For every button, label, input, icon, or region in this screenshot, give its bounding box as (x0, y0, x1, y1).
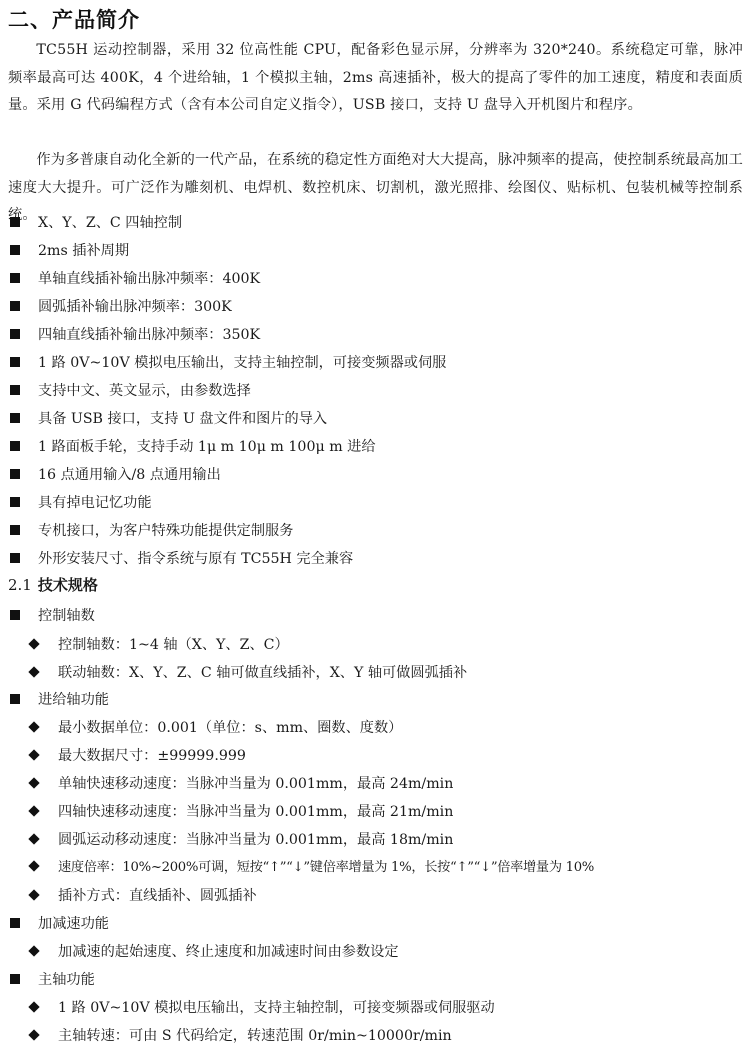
square-bullet-icon (10, 385, 20, 395)
square-bullet-icon (10, 469, 20, 479)
feature-text: 16 点通用输入/8 点通用输出 (38, 467, 221, 483)
spec-text: 联动轴数：X、Y、Z、C 轴可做直线插补，X、Y 轴可做圆弧插补 (58, 665, 467, 681)
square-bullet-icon (10, 273, 20, 283)
diamond-bullet-icon (28, 638, 39, 649)
feature-item: 16 点通用输入/8 点通用输出 (10, 461, 221, 489)
feature-item: 专机接口，为客户特殊功能提供定制服务 (10, 517, 293, 545)
spec-text: 插补方式：直线插补、圆弧插补 (58, 888, 257, 904)
feature-text: 1 路面板手轮，支持手动 1μ m 10μ m 100μ m 进给 (38, 439, 376, 455)
feature-text: 具有掉电记忆功能 (38, 495, 152, 511)
spec-group-title: 主轴功能 (10, 966, 95, 994)
feature-item: 1 路 0V~10V 模拟电压输出，支持主轴控制，可接变频器或伺服 (10, 349, 446, 377)
square-bullet-icon (10, 301, 20, 311)
feature-item: 具备 USB 接口，支持 U 盘文件和图片的导入 (10, 405, 327, 433)
square-bullet-icon (10, 610, 20, 620)
feature-text: 四轴直线插补输出脉冲频率：350K (38, 327, 260, 343)
spec-item: 最大数据尺寸：±99999.999 (28, 742, 246, 770)
feature-text: X、Y、Z、C 四轴控制 (38, 215, 182, 231)
spec-item: 圆弧运动移动速度：当脉冲当量为 0.001mm，最高 18m/min (28, 826, 453, 854)
spec-item: 单轴快速移动速度：当脉冲当量为 0.001mm，最高 24m/min (28, 770, 453, 798)
feature-item: 圆弧插补输出脉冲频率：300K (10, 293, 232, 321)
feature-item: 2ms 插补周期 (10, 237, 129, 265)
square-bullet-icon (10, 357, 20, 367)
intro-paragraph-1: TC55H 运动控制器，采用 32 位高性能 CPU，配备彩色显示屏，分辨率为 … (8, 37, 743, 120)
spec-text: 四轴快速移动速度：当脉冲当量为 0.001mm，最高 21m/min (58, 804, 453, 820)
feature-text: 支持中文、英文显示，由参数选择 (38, 383, 251, 399)
feature-item: X、Y、Z、C 四轴控制 (10, 209, 182, 237)
feature-text: 具备 USB 接口，支持 U 盘文件和图片的导入 (38, 411, 327, 427)
diamond-bullet-icon (28, 945, 39, 956)
spec-text: 速度倍率：10%~200%可调，短按“↑”“↓”键倍率增量为 1%，长按“↑”“… (58, 860, 594, 875)
square-bullet-icon (10, 245, 20, 255)
square-bullet-icon (10, 918, 20, 928)
spec-item: 1 路 0V~10V 模拟电压输出，支持主轴控制，可接变频器或伺服驱动 (28, 994, 495, 1022)
spec-group-title: 加减速功能 (10, 910, 109, 938)
square-bullet-icon (10, 441, 20, 451)
diamond-bullet-icon (28, 833, 39, 844)
spec-item: 速度倍率：10%~200%可调，短按“↑”“↓”键倍率增量为 1%，长按“↑”“… (28, 854, 594, 882)
spec-text: 控制轴数：1~4 轴（X、Y、Z、C） (58, 637, 289, 653)
group-title-text: 主轴功能 (38, 972, 95, 988)
spec-text: 最小数据单位：0.001（单位：s、mm、圈数、度数） (58, 720, 402, 736)
spec-item: 加减速的起始速度、终止速度和加减速时间由参数设定 (28, 938, 399, 966)
group-title-text: 进给轴功能 (38, 692, 109, 708)
group-title-text: 加减速功能 (38, 916, 109, 932)
square-bullet-icon (10, 553, 20, 563)
diamond-bullet-icon (28, 1001, 39, 1012)
square-bullet-icon (10, 329, 20, 339)
spec-item: 插补方式：直线插补、圆弧插补 (28, 882, 257, 910)
spec-text: 单轴快速移动速度：当脉冲当量为 0.001mm，最高 24m/min (58, 776, 453, 792)
square-bullet-icon (10, 413, 20, 423)
square-bullet-icon (10, 217, 20, 227)
feature-item: 外形安装尺寸、指令系统与原有 TC55H 完全兼容 (10, 545, 353, 573)
subsection-number: 2.1 (8, 576, 32, 594)
diamond-bullet-icon (28, 805, 39, 816)
feature-text: 单轴直线插补输出脉冲频率：400K (38, 271, 260, 287)
feature-item: 单轴直线插补输出脉冲频率：400K (10, 265, 260, 293)
square-bullet-icon (10, 525, 20, 535)
spec-group-title: 控制轴数 (10, 602, 95, 630)
spec-text: 圆弧运动移动速度：当脉冲当量为 0.001mm，最高 18m/min (58, 832, 453, 848)
spec-item: 控制轴数：1~4 轴（X、Y、Z、C） (28, 631, 289, 659)
feature-item: 1 路面板手轮，支持手动 1μ m 10μ m 100μ m 进给 (10, 433, 376, 461)
diamond-bullet-icon (28, 749, 39, 760)
spec-item: 四轴快速移动速度：当脉冲当量为 0.001mm，最高 21m/min (28, 798, 453, 826)
diamond-bullet-icon (28, 860, 39, 871)
spec-group-title: 进给轴功能 (10, 686, 109, 714)
spec-item: 最小数据单位：0.001（单位：s、mm、圈数、度数） (28, 714, 402, 742)
feature-text: 圆弧插补输出脉冲频率：300K (38, 299, 232, 315)
subsection-title: 技术规格 (38, 576, 98, 594)
spec-text: 主轴转速：可由 S 代码给定，转速范围 0r/min~10000r/min (58, 1028, 452, 1044)
spec-text: 加减速的起始速度、终止速度和加减速时间由参数设定 (58, 944, 399, 960)
spec-text: 1 路 0V~10V 模拟电压输出，支持主轴控制，可接变频器或伺服驱动 (58, 1000, 495, 1016)
spec-text: 最大数据尺寸：±99999.999 (58, 748, 246, 764)
subsection-heading: 2.1技术规格 (8, 574, 98, 595)
group-title-text: 控制轴数 (38, 608, 95, 624)
feature-text: 1 路 0V~10V 模拟电压输出，支持主轴控制，可接变频器或伺服 (38, 355, 446, 371)
feature-item: 具有掉电记忆功能 (10, 489, 152, 517)
square-bullet-icon (10, 694, 20, 704)
spec-item: 联动轴数：X、Y、Z、C 轴可做直线插补，X、Y 轴可做圆弧插补 (28, 659, 467, 687)
spec-item: 主轴转速：可由 S 代码给定，转速范围 0r/min~10000r/min (28, 1022, 452, 1050)
square-bullet-icon (10, 974, 20, 984)
section-heading: 二、产品简介 (8, 4, 140, 34)
feature-text: 外形安装尺寸、指令系统与原有 TC55H 完全兼容 (38, 551, 353, 567)
diamond-bullet-icon (28, 1029, 39, 1040)
diamond-bullet-icon (28, 777, 39, 788)
diamond-bullet-icon (28, 666, 39, 677)
feature-item: 四轴直线插补输出脉冲频率：350K (10, 321, 260, 349)
feature-text: 专机接口，为客户特殊功能提供定制服务 (38, 523, 293, 539)
document-page: 二、产品简介 TC55H 运动控制器，采用 32 位高性能 CPU，配备彩色显示… (0, 0, 750, 1051)
feature-text: 2ms 插补周期 (38, 243, 129, 259)
square-bullet-icon (10, 497, 20, 507)
diamond-bullet-icon (28, 721, 39, 732)
feature-item: 支持中文、英文显示，由参数选择 (10, 377, 251, 405)
diamond-bullet-icon (28, 889, 39, 900)
